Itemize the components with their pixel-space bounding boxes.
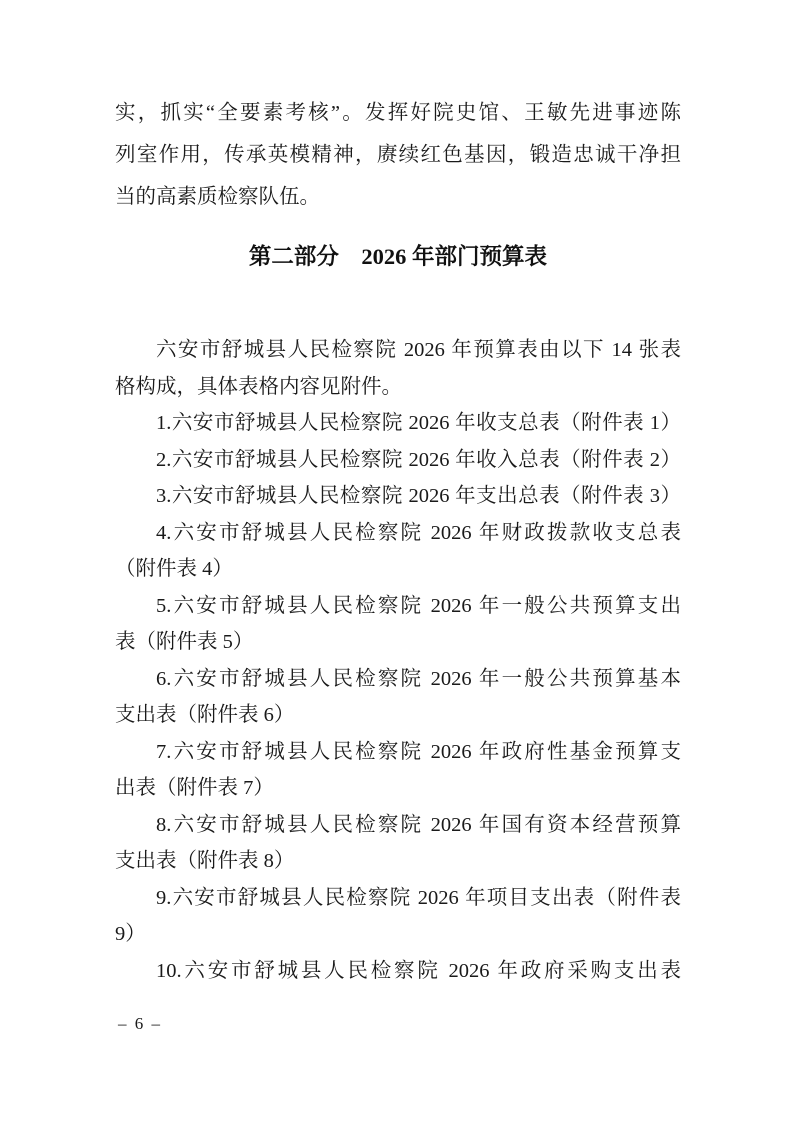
- list-item-line: 表（附件表 5）: [115, 624, 681, 661]
- list-item-line: 4.六安市舒城县人民检察院 2026 年财政拨款收支总表: [115, 515, 681, 552]
- list-item-line: 6.六安市舒城县人民检察院 2026 年一般公共预算基本: [115, 661, 681, 698]
- list-item-line: 2.六安市舒城县人民检察院 2026 年收入总表（附件表 2）: [115, 442, 681, 479]
- list-item-line: 支出表（附件表 8）: [115, 843, 681, 880]
- page-number: – 6 –: [118, 1014, 162, 1034]
- top-paragraph: 实，抓实“全要素考核”。发挥好院史馆、王敏先进事迹陈 列室作用，传承英模精神，赓…: [115, 92, 681, 218]
- list-item: 8.六安市舒城县人民检察院 2026 年国有资本经营预算 支出表（附件表 8）: [115, 807, 681, 880]
- list-item-line: 9.六安市舒城县人民检察院 2026 年项目支出表（附件表: [115, 880, 681, 917]
- list-item-line: （附件表 4）: [115, 551, 681, 588]
- paragraph-line: 列室作用，传承英模精神，赓续红色基因，锻造忠诚干净担: [115, 134, 681, 176]
- paragraph-line: 当的高素质检察队伍。: [115, 176, 681, 218]
- list-item: 3.六安市舒城县人民检察院 2026 年支出总表（附件表 3）: [115, 478, 681, 515]
- paragraph-line: 格构成，具体表格内容见附件。: [115, 369, 681, 406]
- list-item: 9.六安市舒城县人民检察院 2026 年项目支出表（附件表 9）: [115, 880, 681, 953]
- list-item: 7.六安市舒城县人民检察院 2026 年政府性基金预算支 出表（附件表 7）: [115, 734, 681, 807]
- list-item-line: 5.六安市舒城县人民检察院 2026 年一般公共预算支出: [115, 588, 681, 625]
- list-item: 2.六安市舒城县人民检察院 2026 年收入总表（附件表 2）: [115, 442, 681, 479]
- list-item-line: 出表（附件表 7）: [115, 770, 681, 807]
- intro-paragraph: 六安市舒城县人民检察院 2026 年预算表由以下 14 张表 格构成，具体表格内…: [115, 332, 681, 405]
- list-item: 1.六安市舒城县人民检察院 2026 年收支总表（附件表 1）: [115, 405, 681, 442]
- list-item-line: 支出表（附件表 6）: [115, 697, 681, 734]
- list-item-line: 10.六安市舒城县人民检察院 2026 年政府采购支出表: [115, 953, 681, 990]
- paragraph-line: 六安市舒城县人民检察院 2026 年预算表由以下 14 张表: [115, 332, 681, 369]
- list-item-line: 3.六安市舒城县人民检察院 2026 年支出总表（附件表 3）: [115, 478, 681, 515]
- list-item-line: 9）: [115, 916, 681, 953]
- list-item-line: 8.六安市舒城县人民检察院 2026 年国有资本经营预算: [115, 807, 681, 844]
- list-item-line: 1.六安市舒城县人民检察院 2026 年收支总表（附件表 1）: [115, 405, 681, 442]
- section-heading: 第二部分 2026 年部门预算表: [115, 242, 681, 272]
- list-item-line: 7.六安市舒城县人民检察院 2026 年政府性基金预算支: [115, 734, 681, 771]
- list-item: 10.六安市舒城县人民检察院 2026 年政府采购支出表: [115, 953, 681, 990]
- list-item: 5.六安市舒城县人民检察院 2026 年一般公共预算支出 表（附件表 5）: [115, 588, 681, 661]
- document-page: 实，抓实“全要素考核”。发挥好院史馆、王敏先进事迹陈 列室作用，传承英模精神，赓…: [0, 0, 793, 1122]
- table-list: 1.六安市舒城县人民检察院 2026 年收支总表（附件表 1） 2.六安市舒城县…: [115, 405, 681, 989]
- paragraph-line: 实，抓实“全要素考核”。发挥好院史馆、王敏先进事迹陈: [115, 92, 681, 134]
- list-item: 4.六安市舒城县人民检察院 2026 年财政拨款收支总表 （附件表 4）: [115, 515, 681, 588]
- list-item: 6.六安市舒城县人民检察院 2026 年一般公共预算基本 支出表（附件表 6）: [115, 661, 681, 734]
